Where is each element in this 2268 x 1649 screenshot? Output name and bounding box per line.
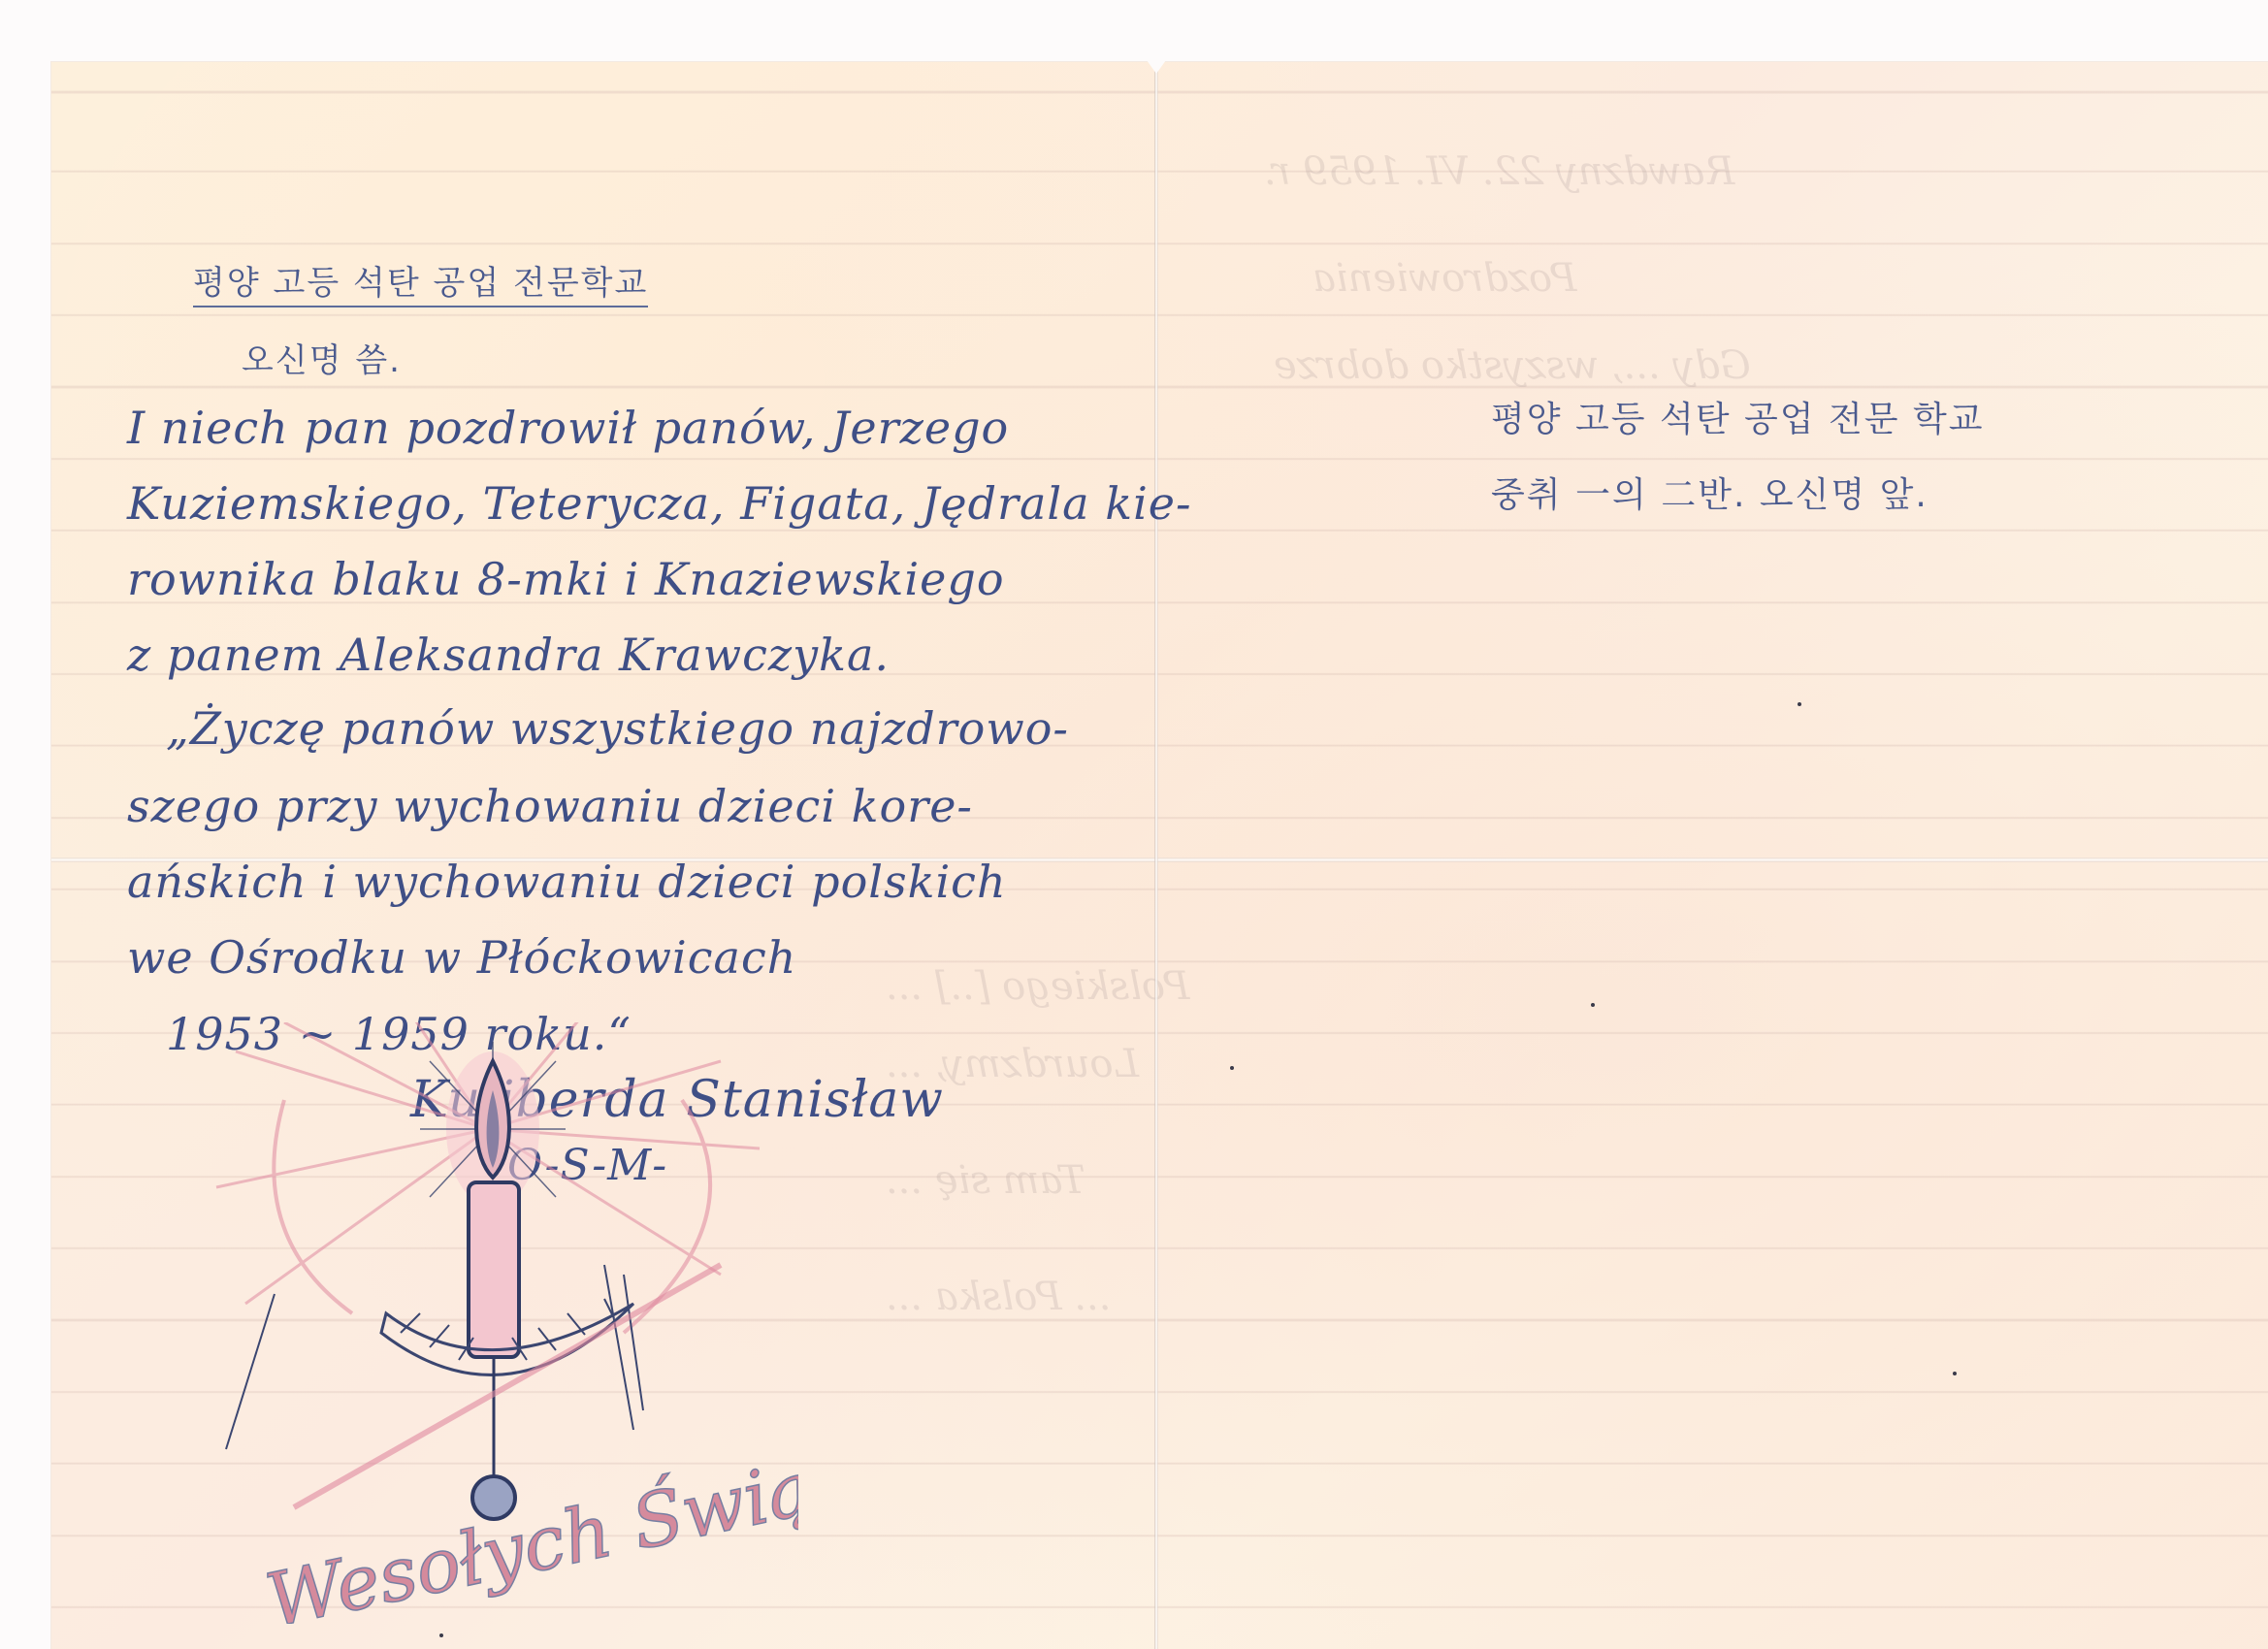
header-korean-line-1: 평양 고등 석탄 공업 전문학교	[193, 256, 648, 307]
speck	[1798, 702, 1801, 706]
body-line-4: z panem Aleksandra Krawczyka.	[127, 629, 890, 681]
body-line-1: I niech pan pozdrowił panów, Jerzego	[127, 402, 1009, 454]
speck	[1591, 1003, 1595, 1007]
scanned-letter: Rawdzny 22. VI. 1959 r. Pozdrowienia Gdy…	[0, 0, 2268, 1649]
right-page: 평양 고등 석탄 공업 전문 학교 중취 一의 二반. 오신명 앞.	[1158, 62, 2268, 1649]
body-line-3: rownika blaku 8-mki i Knaziewskiego	[127, 553, 1005, 605]
speck	[1953, 1372, 1957, 1375]
header-korean-line-2: 오신명 씀.	[242, 334, 402, 381]
body-line-7: ańskich i wychowaniu dzieci polskich	[127, 856, 1007, 908]
body-line-5: „Życzę panów wszystkiego najzdrowo-	[166, 702, 1069, 755]
candle-body	[469, 1182, 519, 1357]
candle-drawing: Wesołych Świąt	[178, 1022, 798, 1624]
address-korean-line-1: 평양 고등 석탄 공업 전문 학교	[1491, 392, 1985, 441]
speck	[439, 1633, 443, 1637]
left-page: 평양 고등 석탄 공업 전문학교 오신명 씀. I niech pan pozd…	[51, 62, 1156, 1649]
body-line-2: Kuziemskiego, Teterycza, Figata, Jędrala…	[127, 477, 1192, 530]
body-line-8: we Ośrodku w Płóckowicach	[127, 931, 796, 984]
paper-sheet: Rawdzny 22. VI. 1959 r. Pozdrowienia Gdy…	[51, 62, 2268, 1649]
body-line-6: szego przy wychowaniu dzieci kore-	[127, 780, 973, 832]
address-korean-line-2: 중취 一의 二반. 오신명 앞.	[1491, 468, 1928, 517]
greeting-caption: Wesołych Świąt	[259, 1438, 798, 1624]
pine-needles	[226, 1265, 643, 1449]
speck	[1230, 1066, 1234, 1070]
